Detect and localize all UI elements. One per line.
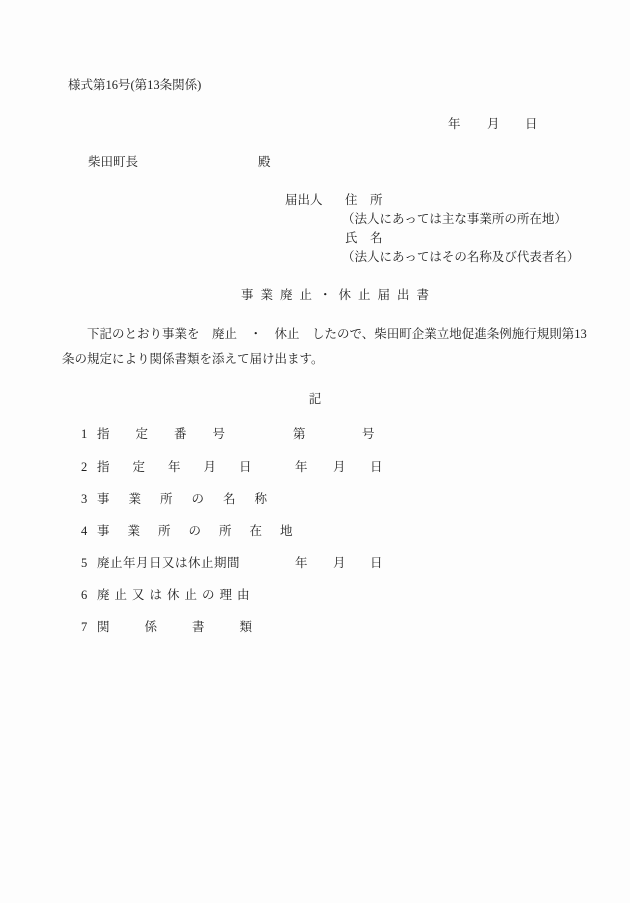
header-date-day-label: 日 xyxy=(525,117,538,133)
item-5-month-label: 月 xyxy=(333,556,346,572)
item-3-number: 3 xyxy=(81,492,87,508)
item-2-year-label: 年 xyxy=(295,460,308,476)
item-3-label: 事業所の名称 xyxy=(97,492,286,508)
item-4-number: 4 xyxy=(81,524,87,540)
header-date-year-label: 年 xyxy=(448,117,461,133)
form-page: 様式第16号(第13条関係) 年 月 日 柴田町長 殿 届出人 住 所 （法人に… xyxy=(0,0,630,903)
item-7-label: 関係書類 xyxy=(97,620,287,636)
item-1-number: 1 xyxy=(81,427,87,443)
header-date-month-label: 月 xyxy=(487,117,500,133)
item-1-value-prefix: 第 xyxy=(293,427,306,443)
item-5-number: 5 xyxy=(81,556,87,572)
declarant-address-note: （法人にあっては主な事業所の所在地） xyxy=(342,212,567,228)
form-number: 様式第16号(第13条関係) xyxy=(68,78,201,94)
item-5-day-label: 日 xyxy=(370,556,383,572)
declarant-address-label: 住 所 xyxy=(345,193,383,209)
addressee-honorific: 殿 xyxy=(258,155,271,171)
body-line-2: 条の規定により関係書類を添えて届け出ます。 xyxy=(62,352,324,368)
declarant-label: 届出人 xyxy=(285,193,323,209)
item-2-number: 2 xyxy=(81,460,87,476)
document-title: 事業廃止・休止届出書 xyxy=(241,288,436,304)
item-6-label: 廃止又は休止の理由 xyxy=(97,588,255,604)
item-2-month-label: 月 xyxy=(333,460,346,476)
record-marker: 記 xyxy=(0,392,630,408)
item-7-number: 7 xyxy=(81,620,87,636)
item-1-label: 指定番号 xyxy=(97,427,251,443)
item-5-label: 廃止年月日又は休止期間 xyxy=(97,556,240,572)
declarant-name-note: （法人にあってはその名称及び代表者名） xyxy=(342,250,579,266)
item-6-number: 6 xyxy=(81,588,87,604)
item-2-label: 指定年月日 xyxy=(97,460,275,476)
declarant-name-label: 氏 名 xyxy=(345,231,383,247)
addressee-name: 柴田町長 xyxy=(88,155,138,171)
item-5-year-label: 年 xyxy=(295,556,308,572)
item-2-day-label: 日 xyxy=(370,460,383,476)
item-1-value-suffix: 号 xyxy=(362,427,375,443)
body-line-1: 下記のとおり事業を 廃止 ・ 休止 したので、柴田町企業立地促進条例施行規則第1… xyxy=(87,327,587,343)
item-4-label: 事業所の所在地 xyxy=(97,524,311,540)
